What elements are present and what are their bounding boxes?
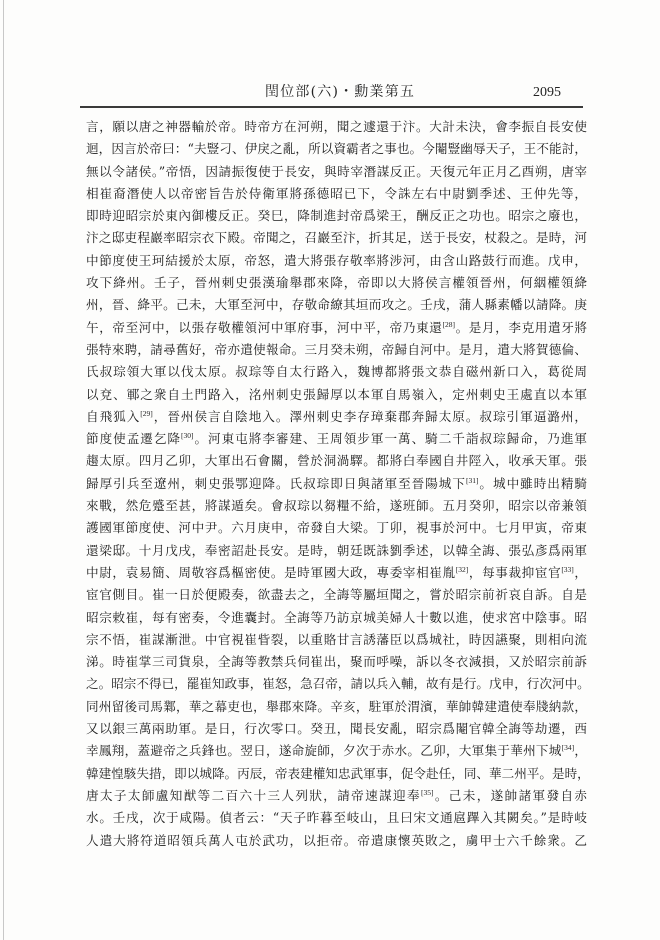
text-run: 中節度使王珂結援於太原，帝怒，遣大將張存敬率將涉河，由含山路鼓行而進。戊申， <box>86 253 587 268</box>
text-line: 氏叔琮領大軍以伐太原。叔琮等自太行路入，魏博都將張文恭自磁州新口入，葛從周 <box>86 361 587 383</box>
text-line: 州，晉、絳平。己未，大軍至河中，存敬命繚其垣而攻之。壬戌，蒲人縣素幡以請降。庚 <box>86 294 587 316</box>
text-run: 宦官側目。崔一日於便殿奏，欲盡去之，全誨等屬垣聞之，嘗於昭宗前祈哀自訴。自是 <box>86 587 587 602</box>
text-line: 相崔裔潛使人以帝密旨告於侍衛軍將孫德昭已下，令誅左右中尉劉季述、王仲先等， <box>86 183 587 205</box>
text-run: 宗不悟，崔謀漸泄。中官視崔眥裂，以重賂甘言誘藩臣以爲城社，時因讌聚，則相向流 <box>86 632 587 647</box>
text-line: 歸厚引兵至遼州，刺史張鄂迎降。氏叔琮即日與諸軍至晉陽城下[31]。城中雖時出精騎 <box>86 473 587 495</box>
text-run: 水。壬戌，次于咸陽。偵者云：“天子昨暮至岐山，且曰宋文通扈蹕入其闕矣。”是時岐 <box>86 810 587 825</box>
text-run: 午，帝至河中，以張存敬權領河中軍府事，河中平，帝乃東還 <box>86 320 442 335</box>
text-line: 迴，因言於帝曰：“夫豎刁、伊戾之亂，所以資霸者之事也。今閹豎幽辱天子，王不能討， <box>86 138 587 160</box>
text-run: 又以銀三萬兩助軍。是日，行次零口。癸丑，聞長安亂，昭宗爲閹官韓全誨等劫遷，西 <box>86 721 587 736</box>
footnote-marker: [28] <box>442 320 455 329</box>
footnote-marker: [29] <box>140 409 153 418</box>
text-line: 幸鳳翔，蓋避帝之兵鋒也。翌日，遂命旋師，夕次于赤水。乙卯，大軍集于華州下城[34… <box>86 740 587 762</box>
text-run: 護國軍節度使、河中尹。六月庚申，帝發自大梁。丁卯，視事於河中。七月甲寅，帝東 <box>86 520 587 535</box>
text-line: 韓建惶駭失措，即以城降。丙辰，帝表建權知忠武軍事，促令赴任，同、華二州平。是時， <box>86 763 587 785</box>
text-run: 言，願以唐之神器輸於帝。時帝方在河朔，聞之遽還于汴。大計未決，會李振自長安使 <box>86 119 587 134</box>
text-run: 迴，因言於帝曰：“夫豎刁、伊戾之亂，所以資霸者之事也。今閹豎幽辱天子，王不能討， <box>86 141 587 156</box>
text-run: 人遣大將符道昭領兵萬人屯於武功，以拒帝。帝遣康懷英敗之，虜甲士六千餘衆。乙 <box>86 833 587 848</box>
running-header-title: 閏位部(六)・勳業第五 <box>265 83 415 101</box>
text-run: 唐太子太師盧知猷等二百六十三人列狀，請帝速謀迎奉 <box>86 788 421 803</box>
text-run: 幸鳳翔，蓋避帝之兵鋒也。翌日，遂命旋師，夕次于赤水。乙卯，大軍集于華州下城 <box>86 743 562 758</box>
text-line: 人遣大將符道昭領兵萬人屯於武功，以拒帝。帝遣康懷英敗之，虜甲士六千餘衆。乙 <box>86 830 587 852</box>
text-run: 以兗、鄆之衆自土門路入，洺州刺史張歸厚以本軍自馬嶺入，定州刺史王處直以本軍 <box>86 387 587 402</box>
text-line: 中尉，袁易簡、周敬容爲樞密使。是時軍國大政，專委宰相崔胤[32]，每事裁抑宦官[… <box>86 562 587 584</box>
text-run: 。己未，遂帥諸軍發自赤 <box>433 788 587 803</box>
text-run: 氏叔琮領大軍以伐太原。叔琮等自太行路入，魏博都將張文恭自磁州新口入，葛從周 <box>86 364 587 379</box>
text-run: 州，晉、絳平。己未，大軍至河中，存敬命繚其垣而攻之。壬戌，蒲人縣素幡以請降。庚 <box>86 297 587 312</box>
text-run: 之。昭宗不得已，罷崔知政事，崔怒，急召帝，請以兵入輔，故有是行。戊申，行次河中。 <box>86 676 590 691</box>
footnote-marker: [32] <box>456 565 469 574</box>
text-line: 之。昭宗不得已，罷崔知政事，崔怒，急召帝，請以兵入輔，故有是行。戊申，行次河中。 <box>86 673 587 695</box>
text-line: 趨太原。四月乙卯，大軍出石會關，營於洞渦驛。都將白奉國自井陘入，收承天軍。張 <box>86 450 587 472</box>
text-line: 午，帝至河中，以張存敬權領河中軍府事，河中平，帝乃東還[28]。是月，李克用遣牙… <box>86 317 587 339</box>
text-run: 節度使孟遷乞降 <box>86 431 181 446</box>
text-run: 還梁邸。十月戊戌，奉密詔赴長安。是時，朝廷既誅劉季述，以韓全誨、張弘彥爲兩軍 <box>86 543 587 558</box>
text-run: 無以令諸侯。”帝悟，因請振復使于長安，與時宰潛謀反正。天復元年正月乙酉朔，唐宰 <box>86 164 587 179</box>
text-run: 歸厚引兵至遼州，刺史張鄂迎降。氏叔琮即日與諸軍至晉陽城下 <box>86 476 466 491</box>
text-line: 來戰，然危蹙至甚，將謀遁矣。會叔琮以芻糧不給，遂班師。五月癸卯，昭宗以帝兼領 <box>86 495 587 517</box>
text-line: 宦官側目。崔一日於便殿奏，欲盡去之，全誨等屬垣聞之，嘗於昭宗前祈哀自訴。自是 <box>86 584 587 606</box>
text-run: 即時迎昭宗於東內御樓反正。癸巳，降制進封帝爲梁王，酬反正之功也。昭宗之廢也， <box>86 208 587 223</box>
footnote-marker: [34] <box>562 743 575 752</box>
text-line: 又以銀三萬兩助軍。是日，行次零口。癸丑，聞長安亂，昭宗爲閹官韓全誨等劫遷，西 <box>86 718 587 740</box>
text-line: 汴之邸吏程巖率昭宗衣下殿。帝聞之，召巖至汴，折其足，送于長安，杖殺之。是時，河 <box>86 227 587 249</box>
text-run: ， <box>574 565 587 580</box>
text-line: 中節度使王珂結援於太原，帝怒，遣大將張存敬率將涉河，由含山路鼓行而進。戊申， <box>86 250 587 272</box>
text-line: 言，願以唐之神器輸於帝。時帝方在河朔，聞之遽還于汴。大計未決，會李振自長安使 <box>86 116 587 138</box>
text-run: 中尉，袁易簡、周敬容爲樞密使。是時軍國大政，專委宰相崔胤 <box>86 565 456 580</box>
text-line: 還梁邸。十月戊戌，奉密詔赴長安。是時，朝廷既誅劉季述，以韓全誨、張弘彥爲兩軍 <box>86 540 587 562</box>
text-line: 涕。時崔掌三司貨泉，全誨等教禁兵伺崔出，聚而呼噪，訴以冬衣減損，又於昭宗前訴 <box>86 651 587 673</box>
text-run: 趨太原。四月乙卯，大軍出石會關，營於洞渦驛。都將白奉國自井陘入，收承天軍。張 <box>86 453 587 468</box>
text-line: 同州留後司馬鄴，華之幕吏也，舉郡來降。辛亥，駐軍於渭濱，華帥韓建遣使奉牋納款， <box>86 696 587 718</box>
text-run: 自飛狐入 <box>86 409 140 424</box>
text-run: 同州留後司馬鄴，華之幕吏也，舉郡來降。辛亥，駐軍於渭濱，華帥韓建遣使奉牋納款， <box>86 699 587 714</box>
page-edge-line <box>3 0 4 940</box>
body-text: 言，願以唐之神器輸於帝。時帝方在河朔，聞之遽還于汴。大計未決，會李振自長安使迴，… <box>86 116 587 852</box>
text-run: 。城中雖時出精騎 <box>478 476 587 491</box>
text-line: 自飛狐入[29]，晉州侯言自陰地入。澤州刺史李存璋棄郡奔歸太原。叔琮引軍逼潞州， <box>86 406 587 428</box>
text-run: 相崔裔潛使人以帝密旨告於侍衛軍將孫德昭已下，令誅左右中尉劉季述、王仲先等， <box>86 186 587 201</box>
text-line: 水。壬戌，次于咸陽。偵者云：“天子昨暮至岐山，且曰宋文通扈蹕入其闕矣。”是時岐 <box>86 807 587 829</box>
text-run: 涕。時崔掌三司貨泉，全誨等教禁兵伺崔出，聚而呼噪，訴以冬衣減損，又於昭宗前訴 <box>86 654 587 669</box>
text-run: 。河東屯將李審建、王周領步軍一萬、騎二千詣叔琮歸命，乃進軍 <box>194 431 588 446</box>
text-line: 護國軍節度使、河中尹。六月庚申，帝發自大梁。丁卯，視事於河中。七月甲寅，帝東 <box>86 517 587 539</box>
text-run: ， <box>574 743 587 758</box>
text-line: 張特來聘，請尋舊好，帝亦遣使報命。三月癸未朔，帝歸自河中。是月，遣大將賀德倫、 <box>86 339 587 361</box>
text-run: ，晉州侯言自陰地入。澤州刺史李存璋棄郡奔歸太原。叔琮引軍逼潞州， <box>153 409 587 424</box>
footnote-marker: [30] <box>181 431 194 440</box>
text-line: 以兗、鄆之衆自土門路入，洺州刺史張歸厚以本軍自馬嶺入，定州刺史王處直以本軍 <box>86 384 587 406</box>
text-line: 即時迎昭宗於東內御樓反正。癸巳，降制進封帝爲梁王，酬反正之功也。昭宗之廢也， <box>86 205 587 227</box>
text-line: 昭宗敕崔，每有密奏，令進囊封。全誨等乃訪京城美婦人十數以進，使求宮中陰事。昭 <box>86 607 587 629</box>
text-run: 來戰，然危蹙至甚，將謀遁矣。會叔琮以芻糧不給，遂班師。五月癸卯，昭宗以帝兼領 <box>86 498 587 513</box>
text-line: 攻下絳州。壬子，晉州刺史張漢瑜舉郡來降，帝即以大將侯言權領晉州，何絪權領絳 <box>86 272 587 294</box>
text-run: 。是月，李克用遣牙將 <box>455 320 587 335</box>
footnote-marker: [35] <box>421 788 434 797</box>
header-rule <box>80 106 583 108</box>
footnote-marker: [33] <box>561 565 574 574</box>
text-run: 張特來聘，請尋舊好，帝亦遣使報命。三月癸未朔，帝歸自河中。是月，遣大將賀德倫、 <box>86 342 587 357</box>
text-run: 韓建惶駭失措，即以城降。丙辰，帝表建權知忠武軍事，促令赴任，同、華二州平。是時， <box>86 766 590 781</box>
text-run: ，每事裁抑宦官 <box>468 565 561 580</box>
text-run: 昭宗敕崔，每有密奏，令進囊封。全誨等乃訪京城美婦人十數以進，使求宮中陰事。昭 <box>86 610 587 625</box>
text-line: 節度使孟遷乞降[30]。河東屯將李審建、王周領步軍一萬、騎二千詣叔琮歸命，乃進軍 <box>86 428 587 450</box>
page-number: 2095 <box>533 84 561 102</box>
text-line: 無以令諸侯。”帝悟，因請振復使于長安，與時宰潛謀反正。天復元年正月乙酉朔，唐宰 <box>86 161 587 183</box>
text-run: 攻下絳州。壬子，晉州刺史張漢瑜舉郡來降，帝即以大將侯言權領晉州，何絪權領絳 <box>86 275 587 290</box>
text-run: 汴之邸吏程巖率昭宗衣下殿。帝聞之，召巖至汴，折其足，送于長安，杖殺之。是時，河 <box>86 230 587 245</box>
footnote-marker: [31] <box>466 476 479 485</box>
text-line: 唐太子太師盧知猷等二百六十三人列狀，請帝速謀迎奉[35]。己未，遂帥諸軍發自赤 <box>86 785 587 807</box>
text-line: 宗不悟，崔謀漸泄。中官視崔眥裂，以重賂甘言誘藩臣以爲城社，時因讌聚，則相向流 <box>86 629 587 651</box>
